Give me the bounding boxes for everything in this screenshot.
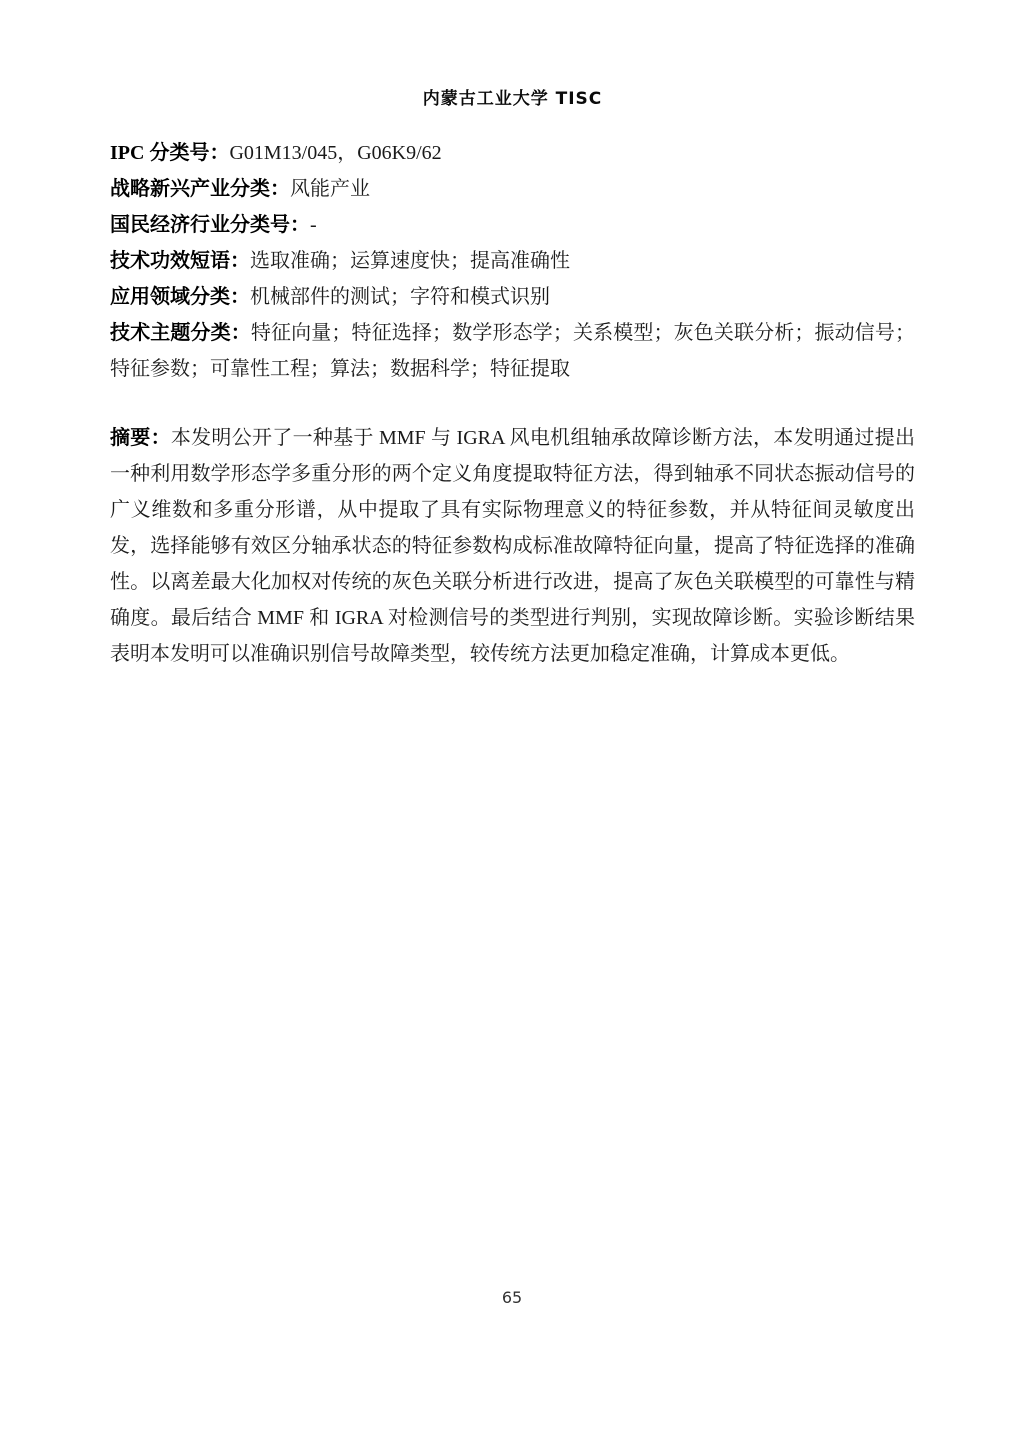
field-row-ipc: IPC 分类号：G01M13/045，G06K9/62 xyxy=(110,135,915,171)
field-value: 风能产业 xyxy=(290,178,370,200)
field-value: 机械部件的测试；字符和模式识别 xyxy=(250,286,550,308)
field-label: IPC 分类号： xyxy=(110,142,229,164)
page-number: 65 xyxy=(0,1288,1024,1307)
abstract-label: 摘要： xyxy=(110,427,171,449)
field-row-national-economy: 国民经济行业分类号：- xyxy=(110,207,915,243)
field-label: 应用领域分类： xyxy=(110,286,250,308)
field-label: 技术主题分类： xyxy=(110,322,251,344)
field-label: 技术功效短语： xyxy=(110,250,250,272)
classification-fields: IPC 分类号：G01M13/045，G06K9/62 战略新兴产业分类：风能产… xyxy=(110,135,915,387)
abstract-text: 本发明公开了一种基于 MMF 与 IGRA 风电机组轴承故障诊断方法，本发明通过… xyxy=(110,427,915,665)
field-value: G01M13/045，G06K9/62 xyxy=(229,142,441,164)
field-label: 国民经济行业分类号： xyxy=(110,214,310,236)
field-value: 选取准确；运算速度快；提高准确性 xyxy=(250,250,570,272)
field-row-technical-effect: 技术功效短语：选取准确；运算速度快；提高准确性 xyxy=(110,243,915,279)
field-value: - xyxy=(310,214,317,236)
field-row-technical-topic: 技术主题分类：特征向量；特征选择；数学形态学；关系模型；灰色关联分析；振动信号；… xyxy=(110,315,915,387)
field-label: 战略新兴产业分类： xyxy=(110,178,290,200)
abstract-paragraph: 摘要：本发明公开了一种基于 MMF 与 IGRA 风电机组轴承故障诊断方法，本发… xyxy=(110,420,915,672)
field-row-application-domain: 应用领域分类：机械部件的测试；字符和模式识别 xyxy=(110,279,915,315)
page-title: 内蒙古工业大学 TISC xyxy=(110,84,915,109)
field-row-strategic-industry: 战略新兴产业分类：风能产业 xyxy=(110,171,915,207)
document-page: 内蒙古工业大学 TISC IPC 分类号：G01M13/045，G06K9/62… xyxy=(0,0,1024,1448)
